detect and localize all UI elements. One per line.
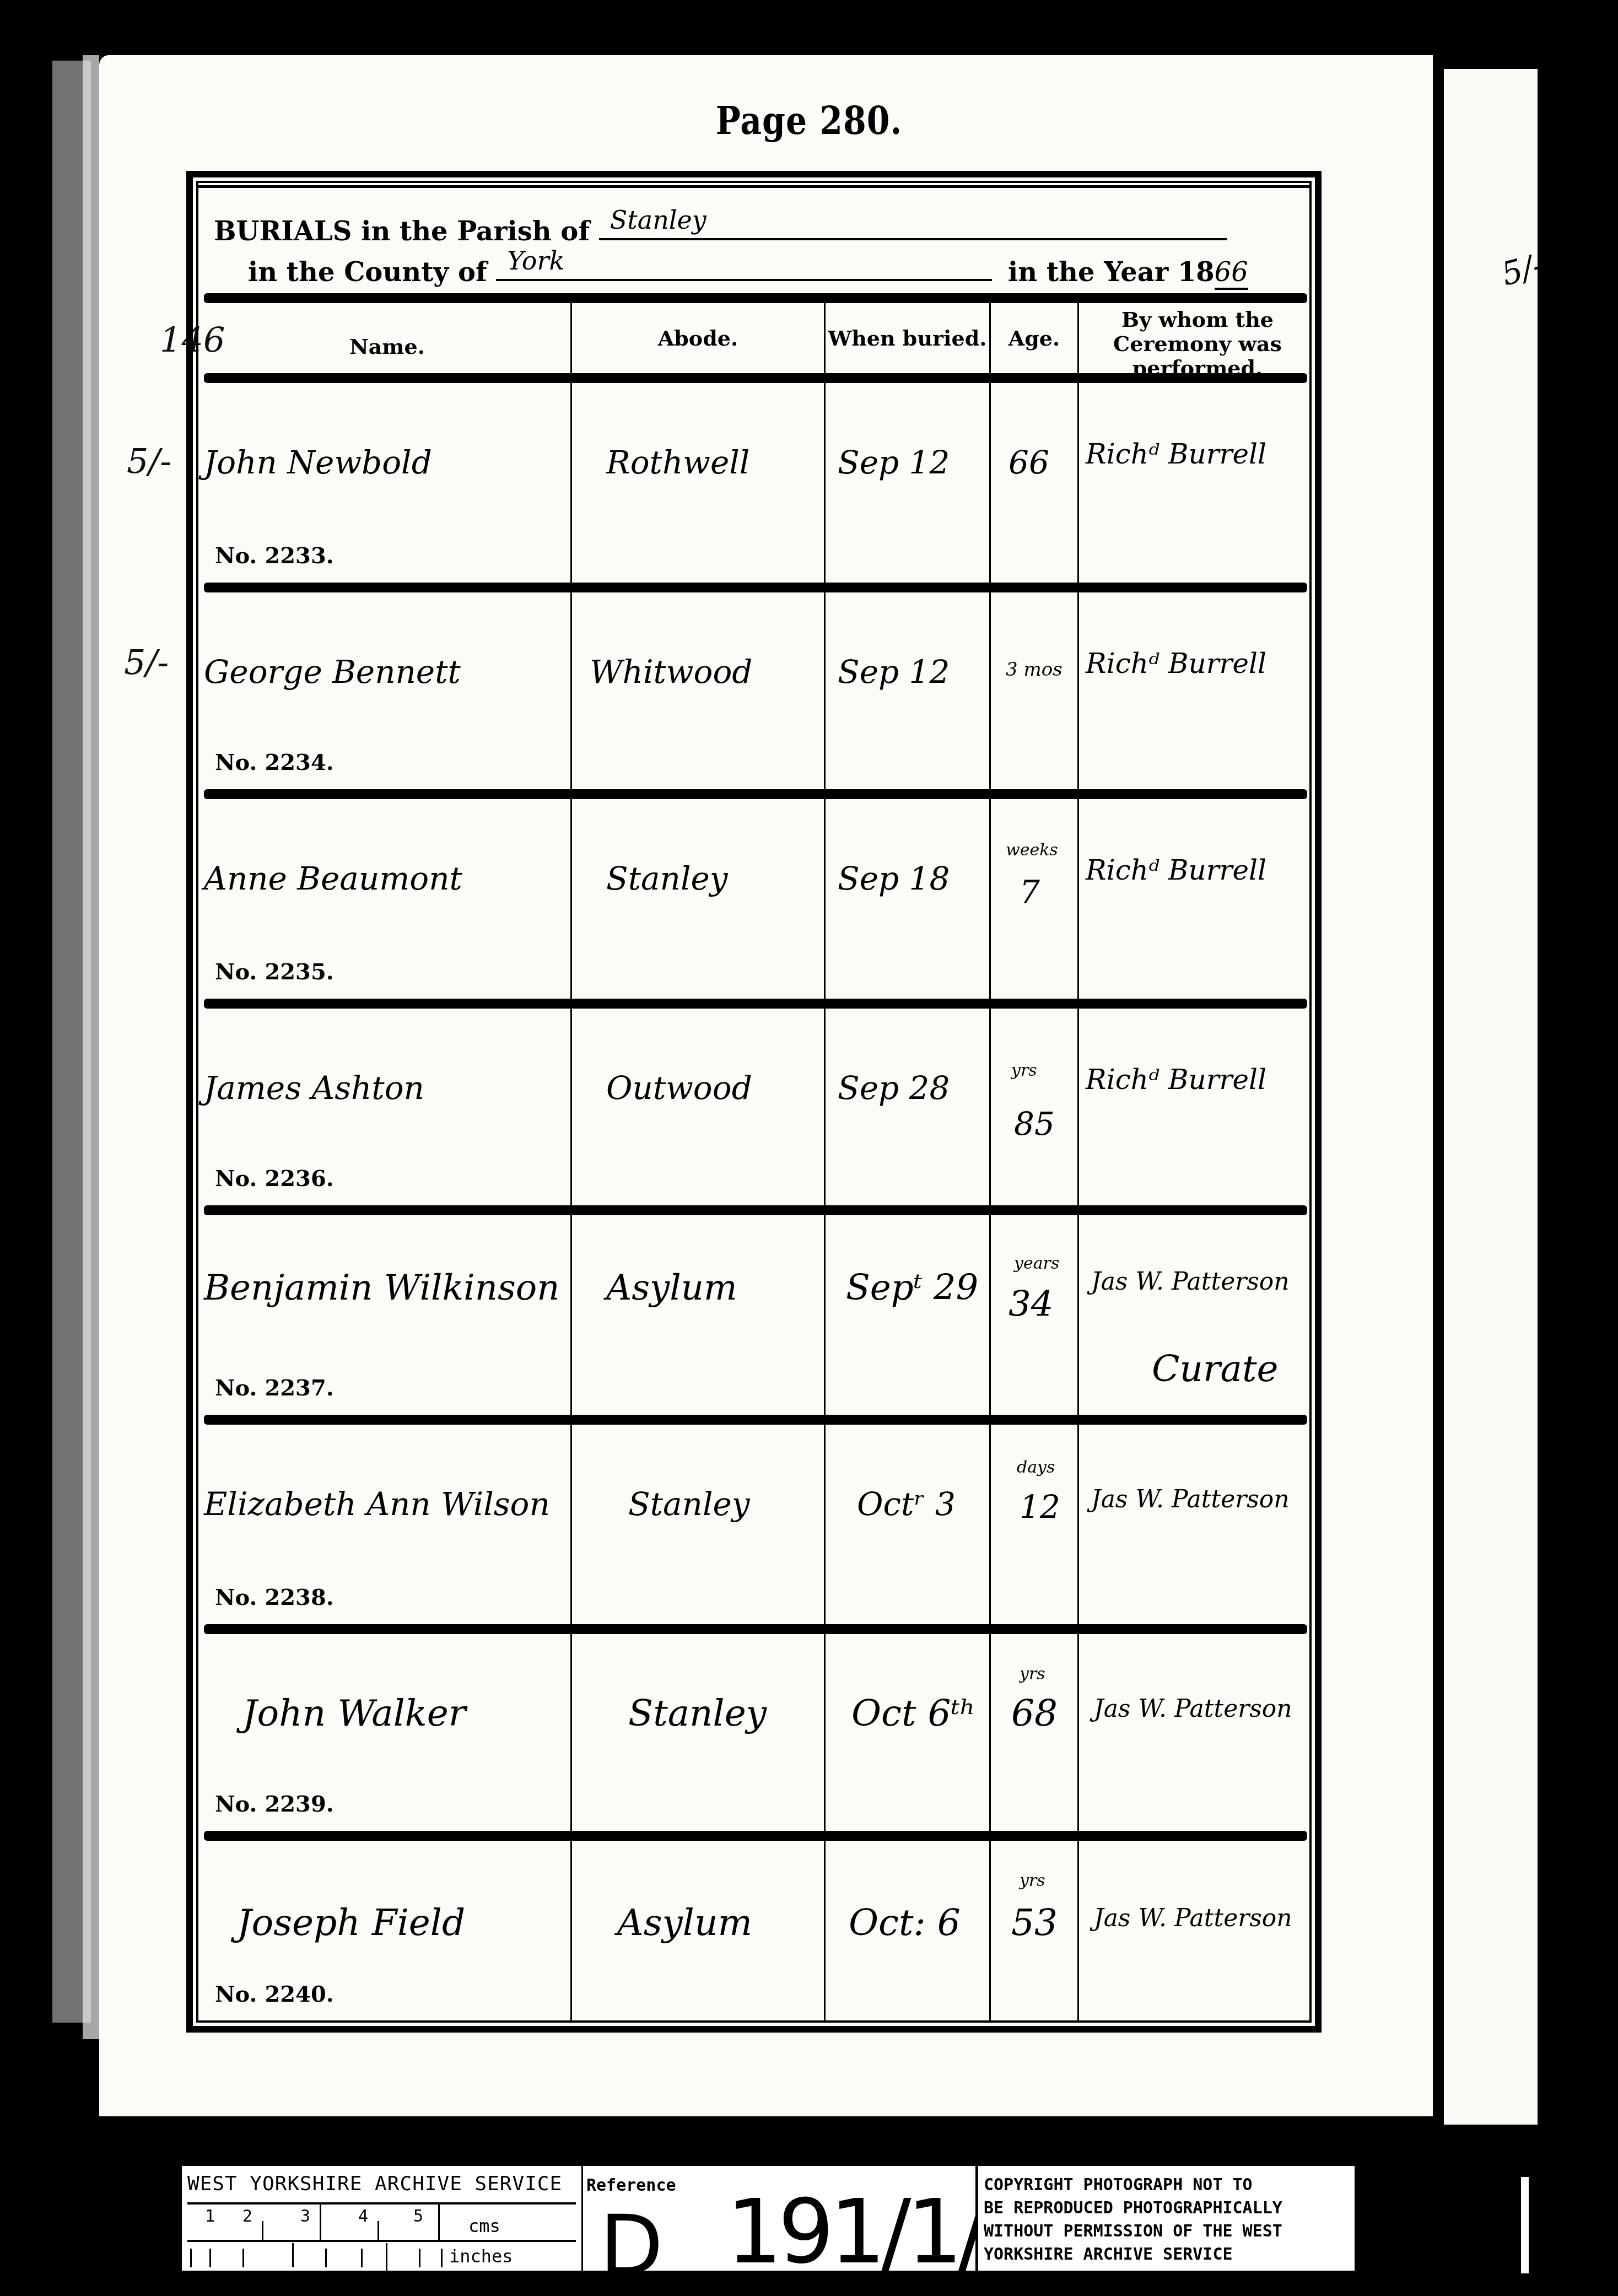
entry-burial-date: Oct: 6 bbox=[849, 1901, 961, 1944]
entry-officiant: Richᵈ Burrell bbox=[1086, 854, 1266, 886]
inches-label: inches bbox=[449, 2246, 513, 2267]
entry-officiant: Richᵈ Burrell bbox=[1086, 1064, 1266, 1096]
ruler-tick bbox=[386, 2243, 387, 2271]
entry-abode: Asylum bbox=[617, 1901, 752, 1944]
table-row: George Bennett Whitwood Sep 12 3 mos Ric… bbox=[204, 592, 1307, 789]
row-rule bbox=[204, 1624, 1307, 1634]
entry-abode: Whitwood bbox=[590, 653, 752, 691]
entry-age-unit: yrs bbox=[1011, 1061, 1037, 1080]
ruler-tick bbox=[242, 2249, 244, 2267]
header-rule bbox=[204, 293, 1307, 303]
parish-value: Stanley bbox=[610, 205, 706, 235]
table-row: James Ashton Outwood Sep 28 yrs 85 Richᵈ… bbox=[204, 1009, 1307, 1205]
table-row: Benjamin Wilkinson Asylum Sepᵗ 29 years … bbox=[204, 1215, 1307, 1415]
entry-number: No. 2234. bbox=[215, 750, 334, 775]
entry-name: John Newbold bbox=[204, 444, 432, 481]
entry-burial-date: Sep 12 bbox=[838, 444, 950, 481]
entry-number: No. 2239. bbox=[215, 1791, 334, 1817]
archive-service-name: WEST YORKSHIRE ARCHIVE SERVICE bbox=[187, 2173, 562, 2195]
ruler-tick bbox=[438, 2205, 440, 2240]
ruler-tick bbox=[190, 2249, 192, 2267]
adjacent-page-strip: 5/- bbox=[1444, 69, 1538, 2125]
ruler-tick bbox=[292, 2243, 294, 2267]
ruler-number: 5 bbox=[413, 2207, 423, 2226]
table-row: John Newbold Rothwell Sep 12 66 Richᵈ Bu… bbox=[204, 383, 1307, 583]
ruler-number: 1 bbox=[205, 2207, 215, 2226]
column-header-when-buried: When buried. bbox=[826, 326, 989, 351]
entry-age: 66 bbox=[1008, 444, 1049, 481]
archive-ruler: WEST YORKSHIRE ARCHIVE SERVICE 1 2 3 4 5… bbox=[182, 2166, 583, 2271]
year-value: 66 bbox=[1215, 257, 1248, 290]
entry-burial-date: Sepᵗ 29 bbox=[846, 1268, 978, 1308]
entry-age-unit: yrs bbox=[1020, 1664, 1045, 1684]
reference-prefix: D bbox=[600, 2205, 664, 2287]
right-margin-fee-note: 5/- bbox=[1497, 246, 1547, 293]
parish-label: BURIALS in the Parish of bbox=[214, 216, 590, 247]
county-label: in the County of bbox=[248, 257, 487, 288]
table-row: Elizabeth Ann Wilson Stanley Octʳ 3 days… bbox=[204, 1425, 1307, 1624]
row-rule bbox=[204, 1205, 1307, 1215]
entry-name: John Walker bbox=[242, 1692, 466, 1734]
page-number: Page 280. bbox=[0, 99, 1618, 144]
ruler-tick bbox=[441, 2249, 443, 2267]
entry-number: No. 2235. bbox=[215, 959, 334, 985]
entry-burial-date: Sep 18 bbox=[838, 860, 950, 897]
ruler-number: 3 bbox=[300, 2207, 310, 2226]
ruler-tick bbox=[325, 2249, 327, 2267]
ruler-number: 4 bbox=[358, 2207, 368, 2226]
entry-officiant: Jas W. Patterson bbox=[1091, 1485, 1290, 1513]
entry-name: George Bennett bbox=[204, 653, 461, 691]
entry-name: James Ashton bbox=[204, 1069, 424, 1107]
column-header-age: Age. bbox=[991, 326, 1077, 351]
entry-abode: Outwood bbox=[606, 1069, 752, 1107]
entry-abode: Stanley bbox=[606, 860, 728, 897]
ruler-tick bbox=[320, 2205, 321, 2240]
entry-burial-date: Octʳ 3 bbox=[857, 1485, 956, 1523]
entry-number: No. 2237. bbox=[215, 1375, 334, 1401]
county-year-line: in the County of York in the Year 1866 bbox=[248, 255, 1248, 288]
copyright-box: COPYRIGHT PHOTOGRAPH NOT TO BE REPRODUCE… bbox=[977, 2166, 1355, 2271]
entry-officiant-title: Curate bbox=[1152, 1348, 1279, 1390]
entry-burial-date: Oct 6ᵗʰ bbox=[851, 1692, 975, 1734]
film-edge-mark bbox=[1521, 2177, 1529, 2273]
entry-age: 7 bbox=[1020, 874, 1040, 911]
row-rule bbox=[204, 789, 1307, 799]
ruler-tick bbox=[361, 2249, 363, 2267]
entry-number: No. 2238. bbox=[215, 1584, 334, 1610]
ruler-top-line bbox=[187, 2202, 576, 2205]
reference-label: Reference bbox=[586, 2176, 676, 2195]
burial-register-table: BURIALS in the Parish of Stanley in the … bbox=[186, 171, 1322, 2033]
row-rule bbox=[204, 583, 1307, 592]
cms-label: cms bbox=[468, 2216, 500, 2236]
entry-abode: Asylum bbox=[606, 1268, 737, 1308]
entry-age-unit: years bbox=[1014, 1254, 1059, 1273]
entry-burial-date: Sep 12 bbox=[838, 653, 950, 691]
entry-age: 3 mos bbox=[1006, 659, 1063, 681]
table-row: Anne Beaumont Stanley Sep 18 weeks 7 Ric… bbox=[204, 799, 1307, 999]
column-header-abode: Abode. bbox=[572, 326, 824, 351]
parish-field: Stanley bbox=[599, 214, 1227, 240]
entry-abode: Stanley bbox=[628, 1485, 750, 1523]
margin-fee-note: 5/- bbox=[124, 642, 169, 682]
entry-age-unit: yrs bbox=[1020, 1871, 1045, 1890]
ruler-mid-line bbox=[187, 2240, 576, 2242]
entry-age: 85 bbox=[1014, 1105, 1055, 1142]
entry-name: Benjamin Wilkinson bbox=[204, 1268, 560, 1308]
year-label: in the Year 18 bbox=[1008, 257, 1215, 288]
page-gutter bbox=[83, 55, 99, 2039]
entry-number: No. 2240. bbox=[215, 1981, 334, 2007]
entry-number: No. 2236. bbox=[215, 1166, 334, 1192]
entry-burial-date: Sep 28 bbox=[838, 1069, 950, 1107]
entry-abode: Rothwell bbox=[606, 444, 749, 481]
row-rule bbox=[204, 1415, 1307, 1425]
entry-name: Joseph Field bbox=[237, 1901, 465, 1944]
entry-abode: Stanley bbox=[628, 1692, 767, 1734]
ruler-tick bbox=[419, 2249, 420, 2267]
ruler-tick bbox=[377, 2221, 379, 2240]
column-header-name: Name. bbox=[204, 335, 570, 359]
entry-officiant: Jas W. Patterson bbox=[1094, 1904, 1292, 1932]
county-value: York bbox=[507, 246, 564, 276]
table-row: John Walker Stanley Oct 6ᵗʰ yrs 68 Jas W… bbox=[204, 1634, 1307, 1831]
entry-officiant: Richᵈ Burrell bbox=[1086, 648, 1266, 680]
entry-age: 12 bbox=[1020, 1488, 1060, 1526]
entry-age: 34 bbox=[1008, 1284, 1053, 1325]
entry-name: Elizabeth Ann Wilson bbox=[204, 1485, 550, 1523]
entry-officiant: Jas W. Patterson bbox=[1094, 1695, 1292, 1723]
row-rule bbox=[204, 999, 1307, 1009]
entry-officiant: Richᵈ Burrell bbox=[1086, 438, 1266, 470]
ruler-number: 2 bbox=[242, 2207, 252, 2226]
copyright-notice: COPYRIGHT PHOTOGRAPH NOT TO BE REPRODUCE… bbox=[984, 2174, 1282, 2266]
entry-name: Anne Beaumont bbox=[204, 860, 462, 897]
entry-age: 68 bbox=[1011, 1692, 1058, 1734]
reference-box: Reference D 191/1/17 bbox=[583, 2166, 975, 2271]
entry-age-unit: weeks bbox=[1006, 840, 1058, 860]
county-field: York bbox=[496, 255, 992, 281]
ruler-tick bbox=[262, 2221, 263, 2240]
header-top-rule bbox=[198, 185, 1309, 188]
ruler-tick bbox=[209, 2249, 211, 2267]
parish-line: BURIALS in the Parish of Stanley bbox=[214, 214, 1227, 247]
entry-officiant: Jas W. Patterson bbox=[1091, 1268, 1290, 1296]
entry-age-unit: days bbox=[1017, 1458, 1055, 1477]
table-row: Joseph Field Asylum Oct: 6 yrs 53 Jas W.… bbox=[204, 1841, 1307, 2017]
entry-number: No. 2233. bbox=[215, 543, 334, 569]
column-header-officiant: By whom the Ceremony was performed. bbox=[1079, 308, 1316, 380]
row-rule bbox=[204, 1831, 1307, 1841]
entry-age: 53 bbox=[1011, 1901, 1058, 1944]
margin-fee-note: 5/- bbox=[127, 441, 171, 481]
